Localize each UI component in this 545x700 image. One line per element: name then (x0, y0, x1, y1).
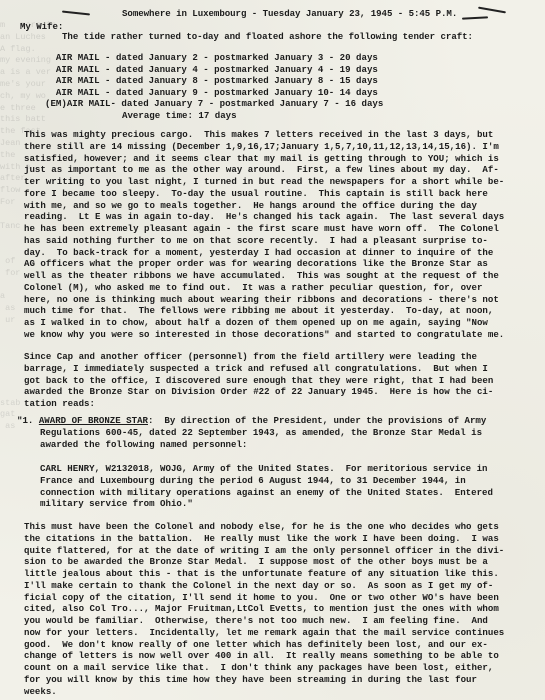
text-line: cited, also Col Tro..., Major Fruitman,L… (24, 603, 504, 615)
text-line: reading. Lt E was in again to-day. He's … (24, 211, 504, 223)
text-line: awarded the Bronze Star on Division Orde… (24, 386, 493, 398)
pen-mark-left (62, 11, 90, 16)
text-line: as I walked in to chow, about half a doz… (24, 317, 504, 329)
text-line: quite flattered, for at the date of writ… (24, 545, 504, 557)
text-line: well as the theater ribbons we have accu… (24, 270, 504, 282)
text-line: military service from Ohio." (40, 498, 493, 510)
text-line: Regulations 600-45, dated 22 September 1… (17, 427, 486, 439)
citation-text: : By direction of the President, under t… (148, 415, 486, 426)
text-line: barrage, I immediately suspected a trick… (24, 363, 493, 375)
text-line: AG officers what the proper order was fo… (24, 258, 504, 270)
pen-underline-right (462, 16, 488, 19)
text-line: weeks. (24, 686, 504, 698)
paragraph-2: Since Cap and another officer (personnel… (24, 351, 493, 410)
citation-number: "1. (17, 415, 33, 426)
text-line: just as important to me as the other way… (24, 164, 504, 176)
text-line: we know why you were so interested in th… (24, 329, 504, 341)
paragraph-3: This must have been the Colonel and nobo… (24, 521, 504, 697)
mail-row: (EM)AIR MAIL- dated January 7 - postmark… (45, 98, 383, 110)
text-line: fore I became too sleepy. To-day the usu… (24, 188, 504, 200)
text-line: for you will know by this time how they … (24, 674, 504, 686)
average-time: Average time: 17 days (45, 110, 383, 122)
text-line: with me, and so we go to meals together.… (24, 200, 504, 212)
text-line: tation reads: (24, 398, 493, 410)
text-line: little jealous about this - that is the … (24, 568, 504, 580)
mail-row: AIR MAIL - dated January 9 - postmarked … (45, 87, 383, 99)
text-line: Since Cap and another officer (personnel… (24, 351, 493, 363)
text-line: change of letters is now well over 400 i… (24, 650, 504, 662)
text-line: This was mighty precious cargo. This mak… (24, 129, 504, 141)
citation: "1. AWARD OF BRONZE STAR: By direction o… (17, 415, 486, 450)
letter-page: m more in an Luches A flag. my evening a… (0, 0, 545, 700)
text-line: Colonel (M), who asked me to find out. I… (24, 282, 504, 294)
text-line: satisfied, however; and it seems clear t… (24, 153, 504, 165)
text-line: here, no one is thinking much about wear… (24, 294, 504, 306)
text-line: the citations in the battalion. He reall… (24, 533, 504, 545)
text-line: France and Luxembourg during the period … (40, 475, 493, 487)
citation-heading: AWARD OF BRONZE STAR (39, 415, 148, 426)
text-line: sion to be awarded the Bronze Star Medal… (24, 556, 504, 568)
text-line: day. To back-track for a moment, yesterd… (24, 247, 504, 259)
citation-recipient: CARL HENRY, W2132018, WOJG, Army of the … (40, 463, 493, 510)
text-line: ter writing to you last night, I turned … (24, 176, 504, 188)
text-line: good. We don't know really of one letter… (24, 639, 504, 651)
mail-row: AIR MAIL - dated January 4 - postmarked … (45, 64, 383, 76)
text-line: CARL HENRY, W2132018, WOJG, Army of the … (40, 463, 493, 475)
letter-header: Somewhere in Luxembourg - Tuesday Januar… (122, 8, 457, 20)
text-line: ficial copy of the citation, I'll send i… (24, 592, 504, 604)
text-line: now for your letters. Incidentally, let … (24, 627, 504, 639)
text-line: has said nothing further to me on that s… (24, 235, 504, 247)
text-line: awarded the following named personnel: (17, 439, 486, 451)
salutation: My Wife: (20, 21, 63, 33)
text-line: This must have been the Colonel and nobo… (24, 521, 504, 533)
text-line: count on a mail service like that. I don… (24, 662, 504, 674)
text-line: he has been extremely pleasant again - t… (24, 223, 504, 235)
intro-line: The tide rather turned to-day and floate… (62, 31, 473, 43)
text-line: much time for that. The fellows were rib… (24, 305, 504, 317)
pen-mark-right (478, 7, 506, 14)
citation-first-line: "1. AWARD OF BRONZE STAR: By direction o… (17, 415, 486, 427)
text-line: I'll make certain to thank the Colonel i… (24, 580, 504, 592)
mail-received-list: AIR MAIL - dated January 2 - postmarked … (45, 52, 383, 122)
text-line: connection with military operations agai… (40, 487, 493, 499)
text-line: got back to the office, I discovered sur… (24, 375, 493, 387)
mail-row: AIR MAIL - dated January 2 - postmarked … (45, 52, 383, 64)
text-line: you would be familiar. Otherwise, there'… (24, 615, 504, 627)
paragraph-1: This was mighty precious cargo. This mak… (24, 129, 504, 341)
text-line: there still are 14 missing (December 1,9… (24, 141, 504, 153)
mail-row: AIR MAIL - dated January 8 - postmarked … (45, 75, 383, 87)
